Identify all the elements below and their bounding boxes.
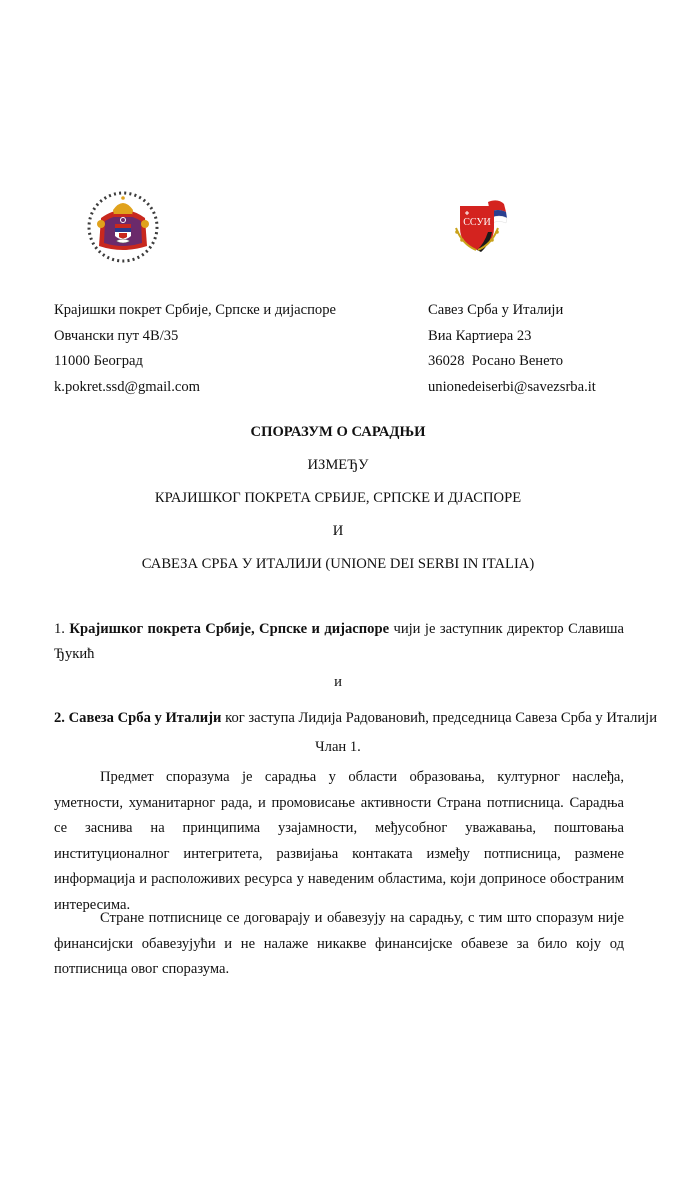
sender-right-city: 36028 Росано Венето xyxy=(428,349,596,375)
savez-srba-logo: ССУИ xyxy=(448,192,514,258)
sender-left-organization: Крајишки покрет Србије, Српске и дијаспо… xyxy=(54,298,336,324)
sender-right-street: Виа Картиера 23 xyxy=(428,324,596,350)
heading-and: И xyxy=(0,523,676,540)
sender-right-address: Савез Срба у Италији Виа Картиера 23 360… xyxy=(428,298,596,400)
party-one-name: Крајишког покрета Србије, Српске и дијас… xyxy=(69,621,389,637)
sender-left-email: k.pokret.ssd@gmail.com xyxy=(54,375,336,401)
document-page: ССУИ Крајишки покрет Србије, Српске и ди… xyxy=(0,0,676,1201)
sender-right-email: unionedeiserbi@savezsrba.it xyxy=(428,375,596,401)
article-paragraph: Стране потписнице се договарају и обавез… xyxy=(54,906,624,983)
party-two-name: Савеза Срба у Италији xyxy=(69,710,222,726)
party-one: 1. Крајишког покрета Србије, Српске и ди… xyxy=(54,617,624,666)
parties-conjunction: и xyxy=(0,674,676,691)
shield-flag-emblem-icon: ССУИ xyxy=(448,192,514,258)
heading-between: ИЗМЕЂУ xyxy=(0,457,676,474)
article-heading: Члан 1. xyxy=(0,739,676,756)
article-paragraph: Предмет споразума је сарадња у области о… xyxy=(54,765,624,918)
krajiski-pokret-logo xyxy=(84,188,162,266)
sender-left-street: Овчански пут 4В/35 xyxy=(54,324,336,350)
agreement-title: СПОРАЗУМ О САРАДЊИ xyxy=(0,424,676,441)
sender-left-address: Крајишки покрет Србије, Српске и дијаспо… xyxy=(54,298,336,400)
crowned-mantle-emblem-icon xyxy=(84,188,162,266)
heading-party-one: КРАЈИШКОГ ПОКРЕТА СРБИЈЕ, СРПСКЕ И ДЈАСП… xyxy=(0,490,676,507)
logo-text: ССУИ xyxy=(463,217,491,228)
party-one-number: 1. xyxy=(54,621,65,637)
sender-left-city: 11000 Београд xyxy=(54,349,336,375)
party-two-representative: ког заступа Лидија Радовановић, председн… xyxy=(221,710,657,726)
party-two: 2. Савеза Срба у Италији ког заступа Лид… xyxy=(54,706,624,731)
party-two-number: 2. xyxy=(54,710,65,726)
sender-right-organization: Савез Срба у Италији xyxy=(428,298,596,324)
heading-party-two: САВЕЗА СРБА У ИТАЛИЈИ (UNIONE DEI SERBI … xyxy=(0,556,676,573)
